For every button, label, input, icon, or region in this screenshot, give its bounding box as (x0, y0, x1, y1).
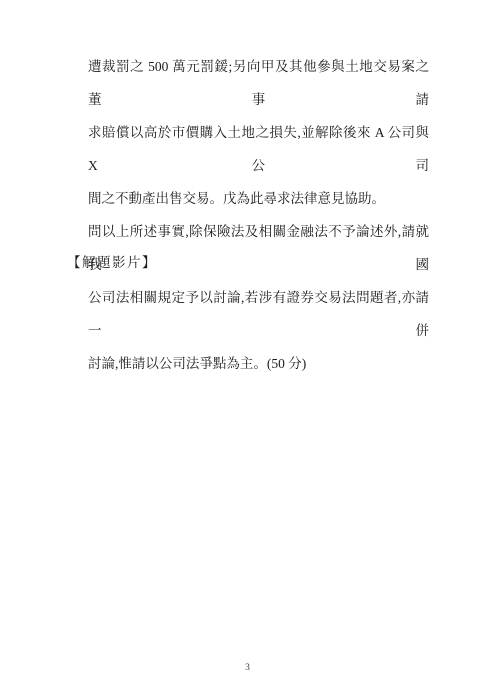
text-line: 間之不動產出售交易。戊為此尋求法律意見協助。 (88, 182, 429, 215)
page-number: 3 (0, 663, 495, 673)
video-section-heading: 【解題影片】 (67, 246, 157, 279)
text-line: 遭裁罰之 500 萬元罰鍰;另向甲及其他參與土地交易案之董事請 (88, 50, 429, 116)
text-line: 討論,惟請以公司法爭點為主。(50 分) (88, 347, 429, 380)
text-line: 求賠償以高於市價購入土地之損失,並解除後來 A 公司與 X 公司 (88, 116, 429, 182)
question-text-block: 遭裁罰之 500 萬元罰鍰;另向甲及其他參與土地交易案之董事請 求賠償以高於市價… (88, 50, 429, 380)
document-page: 遭裁罰之 500 萬元罰鍰;另向甲及其他參與土地交易案之董事請 求賠償以高於市價… (0, 0, 495, 700)
text-line: 公司法相關規定予以討論,若涉有證券交易法問題者,亦請一併 (88, 281, 429, 347)
